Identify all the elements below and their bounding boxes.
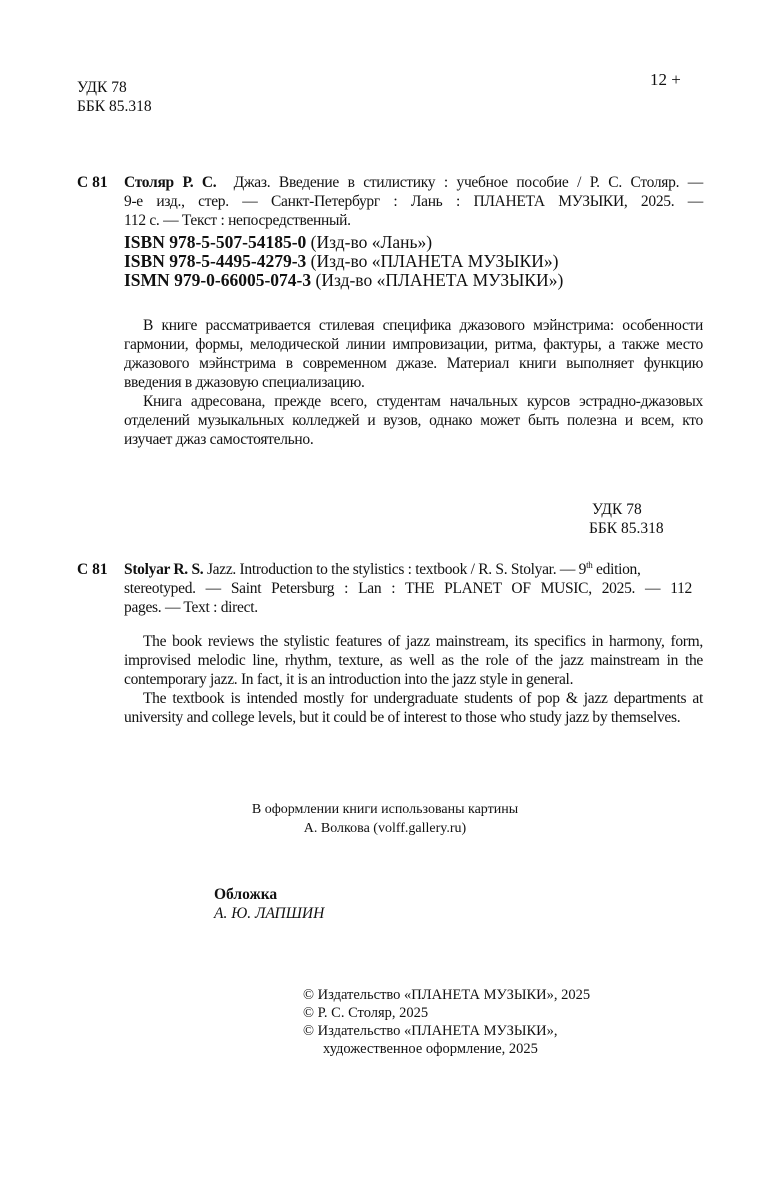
- bib-line-1-text: Джаз. Введение в стилистику : учебное по…: [234, 174, 703, 191]
- isbn-planet: ISBN 978-5-4495-4279-3 (Изд-во «ПЛАНЕТА …: [124, 252, 563, 271]
- copyright-line: © Издательство «ПЛАНЕТА МУЗЫКИ»,: [303, 1022, 590, 1040]
- identifier-number: ISBN 978-5-507-54185-0: [124, 232, 306, 252]
- bib-en-line-2: stereotyped. — Saint Petersburg : Lan : …: [124, 579, 692, 598]
- age-rating: 12 +: [650, 70, 681, 89]
- copyright-block: © Издательство «ПЛАНЕТА МУЗЫКИ», 2025 © …: [303, 986, 590, 1058]
- bib-en-line-1-text: Jazz. Introduction to the stylistics : t…: [207, 561, 586, 578]
- author-name: Столяр Р. С.: [124, 174, 216, 191]
- identifiers-list: ISBN 978-5-507-54185-0 (Изд-во «Лань») I…: [124, 233, 563, 290]
- ismn-planet: ISMN 979-0-66005-074-3 (Изд-во «ПЛАНЕТА …: [124, 271, 563, 290]
- copyright-line: © Р. С. Столяр, 2025: [303, 1004, 590, 1022]
- author-mark-code: С 81: [77, 173, 108, 192]
- identifier-publisher: (Изд-во «Лань»): [311, 232, 432, 252]
- bibliographic-record-en: Stolyar R. S. Jazz. Introduction to the …: [124, 560, 692, 617]
- abstract-ru: В книге рассматривается стилевая специфи…: [124, 316, 703, 449]
- copyright-line: © Издательство «ПЛАНЕТА МУЗЫКИ», 2025: [303, 986, 590, 1004]
- author-name-en: Stolyar R. S.: [124, 561, 203, 578]
- bib-line-1: Столяр Р. С. Джаз. Введение в стилистику…: [124, 173, 703, 192]
- identifier-publisher: (Изд-во «ПЛАНЕТА МУЗЫКИ»): [311, 251, 559, 271]
- abstract-paragraph: В книге рассматривается стилевая специфи…: [124, 316, 703, 392]
- illustrations-note-line-1: В оформлении книги использованы картины: [245, 800, 525, 819]
- bib-en-line-3: pages. — Text : direct.: [124, 598, 692, 617]
- cover-artist: А. Ю. ЛАПШИН: [214, 904, 324, 923]
- illustrations-note: В оформлении книги использованы картины …: [245, 800, 525, 838]
- cover-label: Обложка: [214, 885, 324, 904]
- isbn-lan: ISBN 978-5-507-54185-0 (Изд-во «Лань»): [124, 233, 563, 252]
- author-mark-code-en: С 81: [77, 560, 108, 579]
- copyright-line-continuation: художественное оформление, 2025: [303, 1040, 590, 1058]
- identifier-number: ISBN 978-5-4495-4279-3: [124, 251, 306, 271]
- bibliographic-record-ru: Столяр Р. С. Джаз. Введение в стилистику…: [124, 173, 703, 230]
- identifier-publisher: (Изд-во «ПЛАНЕТА МУЗЫКИ»): [316, 270, 564, 290]
- udk-code: УДК 78: [589, 500, 664, 519]
- bib-en-line-1: Stolyar R. S. Jazz. Introduction to the …: [124, 560, 692, 579]
- bib-line-3: 112 с. — Текст : непосредственный.: [124, 211, 703, 230]
- bbk-code: ББК 85.318: [589, 519, 664, 538]
- abstract-paragraph: The book reviews the stylistic features …: [124, 632, 703, 689]
- abstract-paragraph: Книга адресована, прежде всего, студента…: [124, 392, 703, 449]
- bib-line-2: 9-е изд., стер. — Санкт-Петербург : Лань…: [124, 192, 703, 211]
- classification-top: УДК 78 ББК 85.318: [77, 78, 152, 116]
- identifier-number: ISMN 979-0-66005-074-3: [124, 270, 311, 290]
- bbk-code: ББК 85.318: [77, 97, 152, 116]
- classification-mid: УДК 78 ББК 85.318: [589, 500, 664, 538]
- abstract-paragraph: The textbook is intended mostly for unde…: [124, 689, 703, 727]
- illustrations-note-line-2: А. Волкова (volff.gallery.ru): [245, 819, 525, 838]
- bib-en-line-1-end: edition,: [592, 561, 640, 578]
- cover-credit: Обложка А. Ю. ЛАПШИН: [214, 885, 324, 923]
- udk-code: УДК 78: [77, 78, 152, 97]
- abstract-en: The book reviews the stylistic features …: [124, 632, 703, 727]
